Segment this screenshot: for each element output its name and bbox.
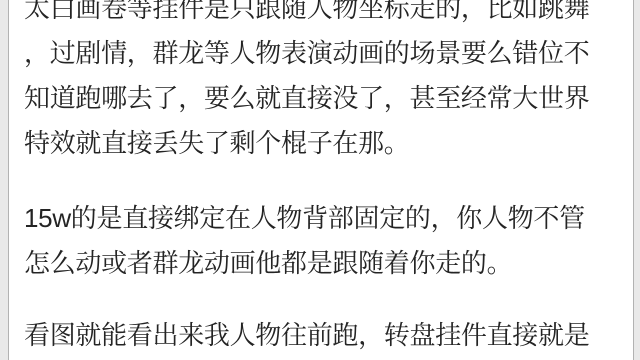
text-line: ，过剧情，群龙等人物表演动画的场景要么错位不 bbox=[24, 31, 618, 76]
text-line: 太白画卷等挂件是只跟随人物坐标走的，比如跳舞 bbox=[24, 0, 618, 31]
text-line: 怎么动或者群龙动画他都是跟随着你走的。 bbox=[24, 241, 618, 286]
paragraph: 15w的是直接绑定在人物背部固定的，你人物不管 怎么动或者群龙动画他都是跟随着你… bbox=[24, 196, 618, 286]
text-line: 15w的是直接绑定在人物背部固定的，你人物不管 bbox=[24, 196, 618, 241]
text-line: 知道跑哪去了，要么就直接没了，甚至经常大世界 bbox=[24, 76, 618, 121]
text-line: 特效就直接丢失了剩个棍子在那。 bbox=[24, 121, 618, 166]
text-line: 看图就能看出来我人物往前跑，转盘挂件直接就是 bbox=[24, 313, 618, 358]
paragraph: 看图就能看出来我人物往前跑，转盘挂件直接就是 bbox=[24, 313, 618, 358]
post-text-panel: 太白画卷等挂件是只跟随人物坐标走的，比如跳舞 ，过剧情，群龙等人物表演动画的场景… bbox=[8, 0, 634, 360]
paragraph: 太白画卷等挂件是只跟随人物坐标走的，比如跳舞 ，过剧情，群龙等人物表演动画的场景… bbox=[24, 0, 618, 166]
post-article: 太白画卷等挂件是只跟随人物坐标走的，比如跳舞 ，过剧情，群龙等人物表演动画的场景… bbox=[9, 0, 633, 358]
page-background: 太白画卷等挂件是只跟随人物坐标走的，比如跳舞 ，过剧情，群龙等人物表演动画的场景… bbox=[0, 0, 640, 360]
